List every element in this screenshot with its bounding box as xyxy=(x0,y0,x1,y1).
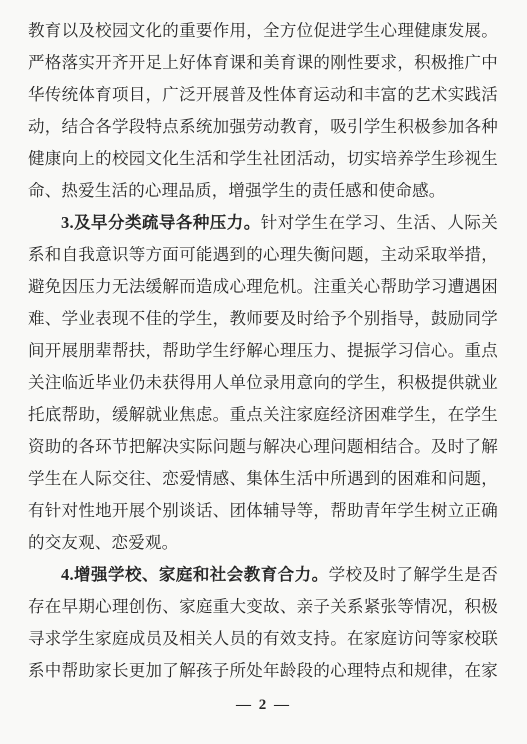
text-run: 健康向上的校园文化生活和学生社团活动，切实培养学生珍视生 xyxy=(28,149,498,168)
text-run: 华传统体育项目，广泛开展普及性体育运动和丰富的艺术实践活 xyxy=(28,85,498,104)
text-run: 严格落实开齐开足上好体育课和美育课的刚性要求，积极推广中 xyxy=(28,53,498,72)
text-run: 存在早期心理创伤、家庭重大变故、亲子关系紧张等情况，积极 xyxy=(28,597,498,616)
text-line: 资助的各环节把解决实际问题与解决心理问题相结合。及时了解 xyxy=(28,431,498,463)
text-run: 难、学业表现不佳的学生，教师要及时给予个别指导，鼓励同学 xyxy=(28,309,498,328)
text-run: 针对学生在学习、生活、人际关 xyxy=(261,213,498,232)
text-line: 避免因压力无法缓解而造成心理危机。注重关心帮助学习遭遇困 xyxy=(28,271,498,303)
text-line: 关注临近毕业仍未获得用人单位录用意向的学生，积极提供就业 xyxy=(28,367,498,399)
text-run: 间开展朋辈帮扶，帮助学生纾解心理压力、提振学习信心。重点 xyxy=(28,341,498,360)
text-line: 华传统体育项目，广泛开展普及性体育运动和丰富的艺术实践活 xyxy=(28,79,498,111)
text-line: 存在早期心理创伤、家庭重大变故、亲子关系紧张等情况，积极 xyxy=(28,591,498,623)
text-run: 避免因压力无法缓解而造成心理危机。注重关心帮助学习遭遇困 xyxy=(28,277,498,296)
page-number: — 2 — xyxy=(0,697,527,714)
text-line: 系中帮助家长更加了解孩子所处年龄段的心理特点和规律，在家 xyxy=(28,655,498,687)
text-line: 动，结合各学段特点系统加强劳动教育，吸引学生积极参加各种 xyxy=(28,111,498,143)
text-run: 学校及时了解学生是否 xyxy=(329,565,498,584)
text-run: 关注临近毕业仍未获得用人单位录用意向的学生，积极提供就业 xyxy=(28,373,498,392)
text-line: 系和自我意识等方面可能遇到的心理失衡问题，主动采取举措， xyxy=(28,239,498,271)
text-line: 3.及早分类疏导各种压力。针对学生在学习、生活、人际关 xyxy=(28,207,498,239)
text-line: 托底帮助，缓解就业焦虑。重点关注家庭经济困难学生，在学生 xyxy=(28,399,498,431)
text-run: 托底帮助，缓解就业焦虑。重点关注家庭经济困难学生，在学生 xyxy=(28,405,498,424)
text-line: 间开展朋辈帮扶，帮助学生纾解心理压力、提振学习信心。重点 xyxy=(28,335,498,367)
text-line: 有针对性地开展个别谈话、团体辅导等，帮助青年学生树立正确 xyxy=(28,495,498,527)
section-heading-run: 4.增强学校、家庭和社会教育合力。 xyxy=(61,565,329,584)
text-line: 4.增强学校、家庭和社会教育合力。学校及时了解学生是否 xyxy=(28,559,498,591)
text-run: 的交友观、恋爱观。 xyxy=(28,533,178,552)
text-run: 有针对性地开展个别谈话、团体辅导等，帮助青年学生树立正确 xyxy=(28,501,498,520)
document-page: 教育以及校园文化的重要作用，全方位促进学生心理健康发展。严格落实开齐开足上好体育… xyxy=(0,0,527,744)
text-run: 系和自我意识等方面可能遇到的心理失衡问题，主动采取举措， xyxy=(28,245,498,264)
text-run: 系中帮助家长更加了解孩子所处年龄段的心理特点和规律，在家 xyxy=(28,661,498,680)
text-body: 教育以及校园文化的重要作用，全方位促进学生心理健康发展。严格落实开齐开足上好体育… xyxy=(28,15,498,687)
text-run: 命、热爱生活的心理品质，增强学生的责任感和使命感。 xyxy=(28,181,446,200)
text-run: 动，结合各学段特点系统加强劳动教育，吸引学生积极参加各种 xyxy=(28,117,498,136)
text-line: 难、学业表现不佳的学生，教师要及时给予个别指导，鼓励同学 xyxy=(28,303,498,335)
text-run: 寻求学生家庭成员及相关人员的有效支持。在家庭访问等家校联 xyxy=(28,629,498,648)
text-run: 资助的各环节把解决实际问题与解决心理问题相结合。及时了解 xyxy=(28,437,498,456)
text-line: 严格落实开齐开足上好体育课和美育课的刚性要求，积极推广中 xyxy=(28,47,498,79)
text-line: 健康向上的校园文化生活和学生社团活动，切实培养学生珍视生 xyxy=(28,143,498,175)
text-line: 命、热爱生活的心理品质，增强学生的责任感和使命感。 xyxy=(28,175,498,207)
text-line: 寻求学生家庭成员及相关人员的有效支持。在家庭访问等家校联 xyxy=(28,623,498,655)
text-line: 教育以及校园文化的重要作用，全方位促进学生心理健康发展。 xyxy=(28,15,498,47)
text-run: 学生在人际交往、恋爱情感、集体生活中所遇到的困难和问题， xyxy=(28,469,498,488)
text-line: 学生在人际交往、恋爱情感、集体生活中所遇到的困难和问题， xyxy=(28,463,498,495)
section-heading-run: 3.及早分类疏导各种压力。 xyxy=(61,213,261,232)
text-run: 教育以及校园文化的重要作用，全方位促进学生心理健康发展。 xyxy=(28,21,498,40)
text-line: 的交友观、恋爱观。 xyxy=(28,527,498,559)
